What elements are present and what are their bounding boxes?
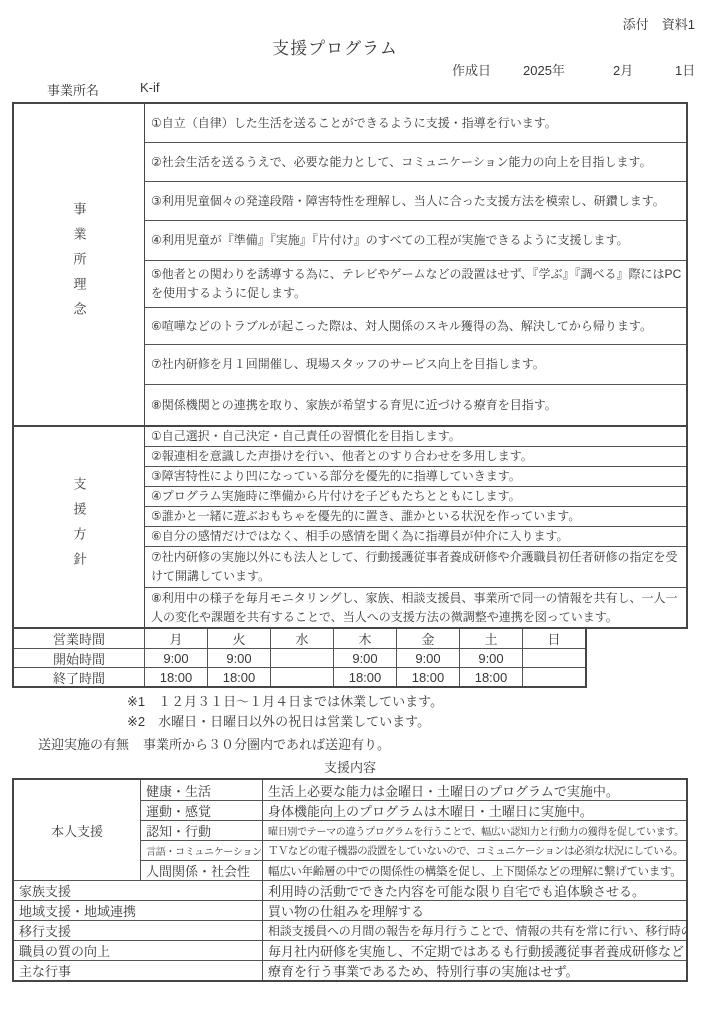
self-support-label: 本人支援	[14, 780, 140, 880]
support-content: 利用時の活動でできた内容を可能な限り自宅でも追体験させる。	[262, 880, 686, 900]
end-time-cell	[270, 667, 333, 686]
business-hours-table: 営業時間 月 火 水 木 金 土 日 開始時間 9:00 9:00 9:00 9…	[12, 627, 587, 688]
end-time-cell	[522, 667, 585, 686]
support-content: 療育を行う事業であるため、特別行事の実施はせず。	[262, 960, 686, 980]
end-time-cell: 18:00	[459, 667, 522, 686]
policy-item: ⑧利用中の様子を毎月モニタリングし、家族、相談支援員、事業所で同一の情報を共有し…	[144, 587, 686, 627]
policy-item: ⑦社内研修の実施以外にも法人として、行動援護従事者養成研修や介護職員初任者研修の…	[144, 546, 686, 587]
policy-item: ③障害特性により凹になっている部分を優先的に指導していきます。	[144, 466, 686, 486]
pickup-service-value: 事業所から３０分圏内であれば送迎有り。	[143, 734, 390, 753]
support-content: 生活上必要な能力は金曜日・土曜日のプログラムで実施中。	[262, 780, 686, 800]
start-time-cell	[522, 648, 585, 667]
office-name-value: K-if	[140, 80, 160, 95]
footnote-open-days: ※2 水曜日・日曜日以外の祝日は営業しています。	[127, 712, 443, 732]
support-content: 相談支援員への月間の報告を毎月行うことで、情報の共有を常に行い、移行時の支援をサ…	[262, 920, 686, 940]
footnote-holiday: ※1 １２月３１日～１月４日までは休業しています。	[127, 692, 443, 712]
page-title: 支援プログラム	[0, 34, 670, 59]
footnotes: ※1 １２月３１日～１月４日までは休業しています。 ※2 水曜日・日曜日以外の祝…	[127, 692, 443, 732]
philosophy-policy-table: 事業所理念 ①自立（自律）した生活を送ることができるように支援・指導を行います。…	[12, 102, 688, 629]
hours-header-label: 営業時間	[14, 629, 144, 648]
end-time-cell: 18:00	[144, 667, 207, 686]
philosophy-item: ①自立（自律）した生活を送ることができるように支援・指導を行います。	[144, 104, 686, 142]
philosophy-item: ⑧関係機関との連携を取り、家族が希望する育児に近づける療育を目指す。	[144, 384, 686, 425]
hours-day-header: 日	[522, 629, 585, 648]
created-day: 1日	[675, 60, 695, 79]
created-date-label: 作成日	[452, 60, 491, 79]
attachment-note: 添付 資料1	[623, 14, 695, 33]
policy-section: 支援方針 ①自己選択・自己決定・自己責任の習慣化を目指します。 ②報連相を意識し…	[14, 425, 686, 627]
philosophy-item: ⑤他者との関わりを誘導する為に、テレビやゲームなどの設置はせず、『学ぶ』『調べる…	[144, 260, 686, 307]
end-time-cell: 18:00	[207, 667, 270, 686]
support-row-label: 職員の質の向上	[14, 940, 262, 960]
policy-item: ①自己選択・自己決定・自己責任の習慣化を目指します。	[144, 427, 686, 446]
hours-day-header: 土	[459, 629, 522, 648]
philosophy-item: ②社会生活を送るうえで、必要な能力として、コミュニケーション能力の向上を目指しま…	[144, 142, 686, 181]
philosophy-item: ④利用児童が『準備』『実施』『片付け』のすべての工程が実施できるように支援します…	[144, 220, 686, 260]
created-year: 2025年	[523, 60, 565, 79]
support-row-label: 家族支援	[14, 880, 262, 900]
hours-day-header: 水	[270, 629, 333, 648]
philosophy-section-label: 事業所理念	[14, 104, 144, 425]
support-content-title: 支援内容	[12, 757, 688, 776]
policy-item: ⑤誰かと一緒に遊ぶおもちゃを優先的に置き、誰かといる状況を作っています。	[144, 506, 686, 526]
philosophy-item: ③利用児童個々の発達段階・障害特性を理解し、当人に合った支援方法を模索し、研鑽し…	[144, 181, 686, 220]
support-category: 言語・コミュニケーション	[140, 840, 262, 860]
hours-day-header: 木	[333, 629, 396, 648]
support-category: 人間関係・社会性	[140, 860, 262, 880]
support-content: 幅広い年齢層の中での関係性の構築を促し、上下関係などの理解に繋げています。	[262, 860, 686, 880]
document-page: 添付 資料1 支援プログラム 作成日 2025年 2月 1日 事業所名 K-if…	[0, 0, 724, 1024]
created-month: 2月	[613, 60, 633, 79]
end-time-label: 終了時間	[14, 667, 144, 686]
support-content: ＴＶなどの電子機器の設置をしていないので、コミュニケーションは必須な状況にしてい…	[262, 840, 686, 860]
office-name-label: 事業所名	[47, 80, 99, 99]
pickup-service-label: 送迎実施の有無	[38, 734, 129, 753]
support-content: 買い物の仕組みを理解する	[262, 900, 686, 920]
start-time-cell: 9:00	[333, 648, 396, 667]
start-time-cell: 9:00	[396, 648, 459, 667]
philosophy-item: ⑦社内研修を月１回開催し、現場スタッフのサービス向上を目指します。	[144, 344, 686, 384]
support-content: 曜日別でテーマの違うプログラムを行うことで、幅広い認知力と行動力の獲得を促してい…	[262, 820, 686, 840]
start-time-label: 開始時間	[14, 648, 144, 667]
start-time-cell: 9:00	[144, 648, 207, 667]
philosophy-item: ⑥喧嘩などのトラブルが起こった際は、対人関係のスキル獲得の為、解決してから帰りま…	[144, 307, 686, 344]
support-row-label: 移行支援	[14, 920, 262, 940]
start-time-cell: 9:00	[207, 648, 270, 667]
hours-day-header: 金	[396, 629, 459, 648]
philosophy-section: 事業所理念 ①自立（自律）した生活を送ることができるように支援・指導を行います。…	[14, 104, 686, 425]
policy-section-label: 支援方針	[14, 427, 144, 627]
support-row-label: 地域支援・地域連携	[14, 900, 262, 920]
policy-item: ⑥自分の感情だけではなく、相手の感情を聞く為に指導員が仲介に入ります。	[144, 526, 686, 546]
hours-day-header: 火	[207, 629, 270, 648]
end-time-cell: 18:00	[333, 667, 396, 686]
hours-day-header: 月	[144, 629, 207, 648]
support-content-table: 本人支援 健康・生活 生活上必要な能力は金曜日・土曜日のプログラムで実施中。 運…	[12, 778, 688, 982]
support-category: 認知・行動	[140, 820, 262, 840]
support-category: 健康・生活	[140, 780, 262, 800]
start-time-cell	[270, 648, 333, 667]
end-time-cell: 18:00	[396, 667, 459, 686]
support-content: 身体機能向上のプログラムは木曜日・土曜日に実施中。	[262, 800, 686, 820]
support-category: 運動・感覚	[140, 800, 262, 820]
policy-item: ④プログラム実施時に準備から片付けを子どもたちとともにします。	[144, 486, 686, 506]
support-row-label: 主な行事	[14, 960, 262, 980]
policy-item: ②報連相を意識した声掛けを行い、他者とのすり合わせを多用します。	[144, 446, 686, 466]
support-content: 毎月社内研修を実施し、不定期ではあるも行動援護従事者養成研修なども実施している。	[262, 940, 686, 960]
start-time-cell: 9:00	[459, 648, 522, 667]
